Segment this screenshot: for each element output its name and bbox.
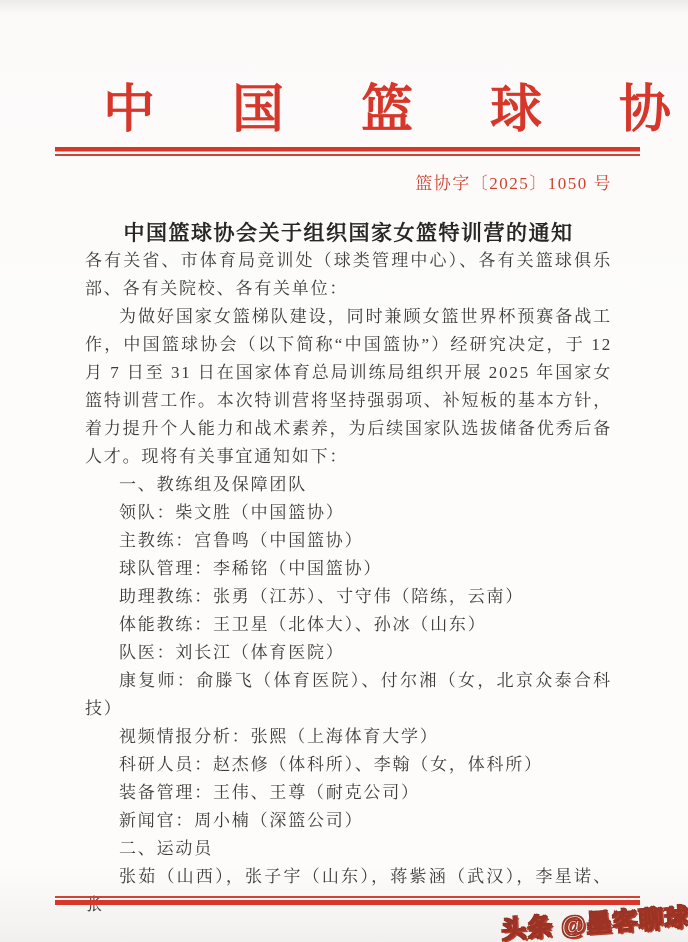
document-body: 各有关省、市体育局竞训处（球类管理中心）、各有关篮球俱乐部、各有关院校、各有关单… <box>85 247 612 919</box>
staff-line-research-staff: 科研人员：赵杰修（体科所）、李翰（女，体科所） <box>85 751 612 779</box>
letterhead-double-rule <box>55 147 640 156</box>
staff-line-fitness-coaches: 体能教练：王卫星（北体大）、孙冰（山东） <box>85 611 612 639</box>
notice-title: 中国篮球协会关于组织国家女篮特训营的通知 <box>85 217 612 247</box>
staff-line-press-officer: 新闻官：周小楠（深篮公司） <box>85 807 612 835</box>
staff-line-video-analyst: 视频情报分析：张熙（上海体育大学） <box>85 723 612 751</box>
staff-line-team-manager: 球队管理：李稀铭（中国篮协） <box>85 555 612 583</box>
document-page: 中 国 篮 球 协 会 篮协字〔2025〕1050 号 中国篮球协会关于组织国家… <box>0 0 688 942</box>
staff-line-rehab-therapists: 康复师：俞滕飞（体育医院）、付尔湘（女，北京众泰合科技） <box>85 667 612 723</box>
section-1-heading: 一、教练组及保障团队 <box>85 471 612 499</box>
salutation: 各有关省、市体育局竞训处（球类管理中心）、各有关篮球俱乐部、各有关院校、各有关单… <box>85 247 612 303</box>
staff-line-assistant-coaches: 助理教练：张勇（江苏）、寸守伟（陪练，云南） <box>85 583 612 611</box>
letterhead-title: 中 国 篮 球 协 会 <box>103 0 612 143</box>
document-number: 篮协字〔2025〕1050 号 <box>85 169 612 194</box>
section-2-heading: 二、运动员 <box>85 835 612 863</box>
staff-line-team-doctor: 队医：刘长江（体育医院） <box>85 639 612 667</box>
staff-line-equipment-managers: 装备管理：王伟、王尊（耐克公司） <box>85 779 612 807</box>
staff-line-leader: 领队：柴文胜（中国篮协） <box>85 499 612 527</box>
staff-line-head-coach: 主教练：宫鲁鸣（中国篮协） <box>85 527 612 555</box>
intro-paragraph: 为做好国家女篮梯队建设，同时兼顾女篮世界杯预赛备战工作，中国篮球协会（以下简称“… <box>85 303 612 471</box>
footer-double-rule <box>55 896 640 905</box>
